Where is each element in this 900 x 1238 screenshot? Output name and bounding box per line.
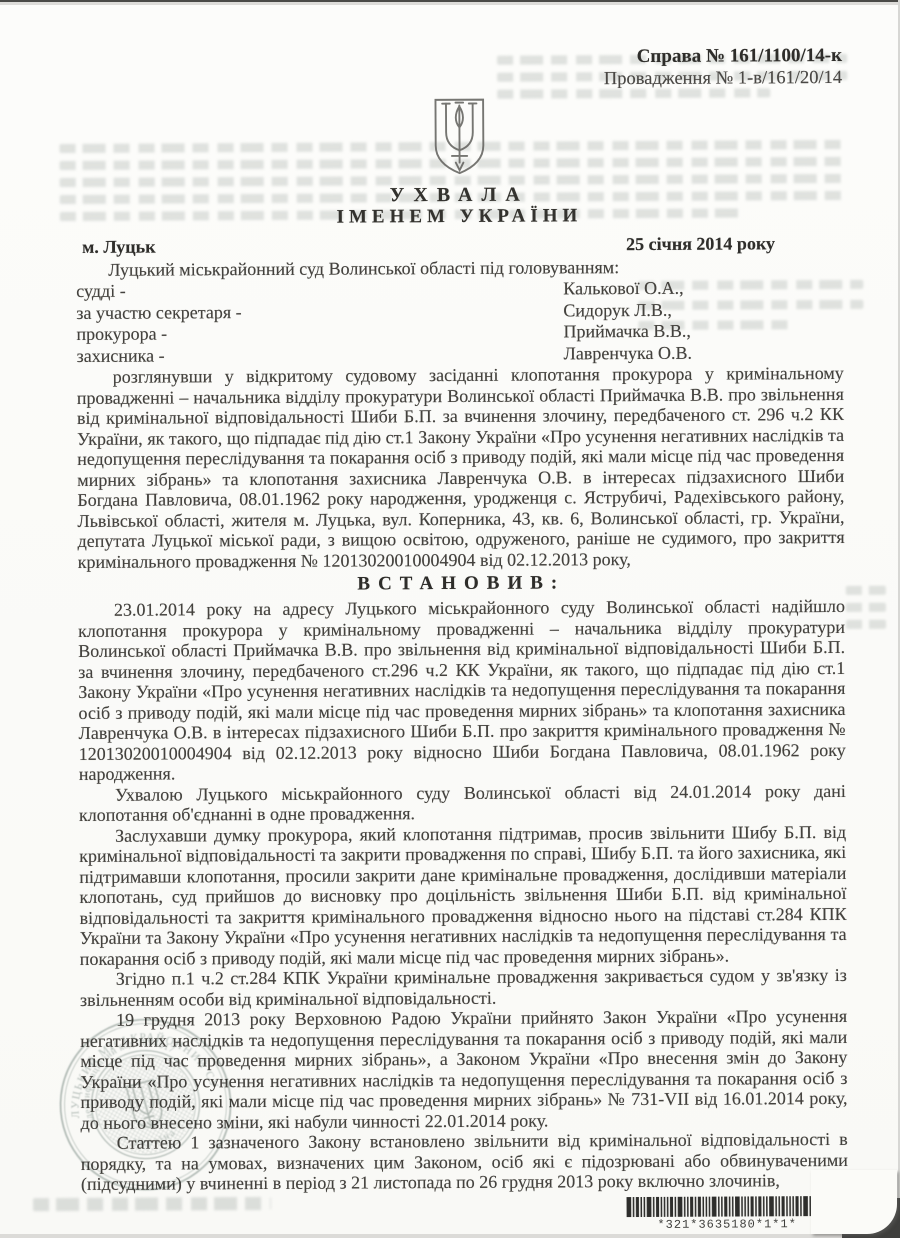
scan-edge-top-shadow bbox=[0, 2, 900, 5]
city-date-row: м. Луцьк 25 січня 2014 року bbox=[82, 232, 775, 258]
participant-name: Калькової О.А., bbox=[563, 278, 683, 300]
participant-row: захисника - Лавренчука О.В. bbox=[77, 341, 844, 367]
date-label: 25 січня 2014 року bbox=[626, 232, 775, 255]
role-label: судді - bbox=[76, 281, 126, 301]
body-paragraph: Заслухавши думку прокурора, який клопота… bbox=[79, 821, 847, 969]
ukraine-trident-emblem-icon bbox=[428, 96, 490, 176]
role-label: прокурора - bbox=[76, 323, 167, 343]
resolved-heading: ВСТАНОВИВ: bbox=[78, 571, 845, 597]
role-label: за участю секретаря - bbox=[76, 302, 241, 323]
body-paragraph: Ухвалою Луцького міськрайонного суду Вол… bbox=[79, 780, 846, 825]
participants-table: судді - Калькової О.А., за участю секрет… bbox=[76, 277, 843, 367]
bleed-through-text-block bbox=[846, 586, 886, 637]
document-subtitle: ІМЕНЕМ УКРАЇНИ bbox=[76, 204, 843, 230]
barcode: *321*3635180*1*1* bbox=[621, 1196, 833, 1232]
case-header: Справа № 161/1100/14-к Провадження № 1-в… bbox=[75, 44, 842, 94]
scanned-court-document: Справа № 161/1100/14-к Провадження № 1-в… bbox=[0, 0, 900, 1238]
proceeding-number: Провадження № 1-в/161/20/14 bbox=[75, 67, 842, 94]
page-corner-curl bbox=[811, 1170, 897, 1234]
paper-sheet: Справа № 161/1100/14-к Провадження № 1-в… bbox=[0, 0, 900, 1238]
city-label: м. Луцьк bbox=[82, 236, 156, 258]
participant-name: Лавренчука О.В. bbox=[564, 342, 692, 364]
body-paragraph: 23.01.2014 року на адресу Луцького міськ… bbox=[78, 596, 846, 785]
participant-name: Приймачка В.В., bbox=[563, 321, 690, 343]
barcode-bars bbox=[621, 1196, 833, 1217]
scan-edge-bottom bbox=[0, 1234, 900, 1238]
bleed-through-text-block bbox=[33, 1197, 271, 1222]
preamble-paragraph: розглянувши у відкритому судовому засіда… bbox=[77, 363, 845, 572]
barcode-text: *321*3635180*1*1* bbox=[621, 1217, 833, 1232]
role-label: захисника - bbox=[77, 345, 165, 365]
participant-name: Сидорук Л.В., bbox=[563, 299, 672, 321]
